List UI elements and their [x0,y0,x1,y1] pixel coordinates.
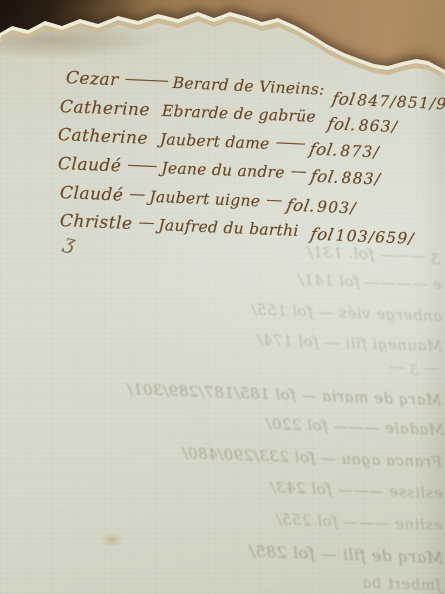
bleedthrough-line: Madale ——— fol 220/ [128,410,444,439]
folio-numbers: 883/ [341,169,381,189]
entry-name: Catherine [60,97,151,120]
entry-description: Jaubert dame [160,130,270,153]
folio-reference: fol.873/ [309,140,380,162]
entry-description: Ebrarde de gabrüe [162,102,317,126]
entry-name: Claudé [58,154,122,176]
manuscript-photo: Cezar ——— Berard de Vineins: fol847/851/… [0,0,445,594]
folio-label: fol. [309,167,341,187]
bleedthrough-line: Marq de maria — fol 185/187/289/301/ [92,379,442,409]
folio-reference: fol.863/ [327,114,398,136]
folio-numbers: 863/ [358,116,398,136]
bleedthrough-line: — ʒ — [290,354,441,377]
bleedthrough-line: Marq de fili — fol 285/ [205,540,444,567]
pen-flourish: ʒ [61,229,78,255]
bleedthrough-line: Maunegi fili — fol 174/ [146,327,442,355]
folio-label: fol. [308,140,340,160]
folio-label: fol. [326,114,358,134]
entry-name: Cezar [66,68,120,90]
entry-name: Claudé [60,183,124,206]
entry-description: Jaubert uigne [149,188,261,211]
bleedthrough-line: Franca agou — fol 233/290/480/ [92,441,442,471]
dash-stroke: —— [127,155,156,175]
folio-reference: fol.883/ [310,167,381,189]
index-entry: Claudé — Jaubert uigne — fol.903/ [60,183,358,215]
dash-stroke: — [291,161,306,181]
bleedthrough-line: esline ——— fol 255/ [235,509,444,534]
dash-stroke: — [266,190,281,210]
folio-numbers: 903/ [317,198,357,218]
folio-label: fol [330,89,357,109]
bleedthrough-line: e ———— fol 141/ [196,267,442,294]
bleedthrough-line: anberge viés — fol 155/ [148,297,442,325]
dash-stroke: ——— [124,69,167,90]
entry-name: Catherine [58,125,149,149]
index-text: Cezar ——— Berard de Vineins: fol847/851/… [0,0,445,594]
entry-description: Jaufred du barthi [158,216,299,240]
bleedthrough-line: Jmbert ba [262,570,443,594]
bleedthrough-line: eslisse ——— fol 243/ [235,477,444,502]
dash-stroke: — [138,212,153,232]
folio-label: fol. [284,196,316,216]
folio-reference: fol.903/ [286,195,357,217]
folio-label: fol [309,225,336,245]
entry-description: Berard de Vineins: [172,74,325,99]
folio-numbers: 873/ [340,142,380,162]
entry-description: Jeane du andre [161,159,285,182]
dash-stroke: —— [275,132,304,152]
dash-stroke: — [129,184,144,204]
